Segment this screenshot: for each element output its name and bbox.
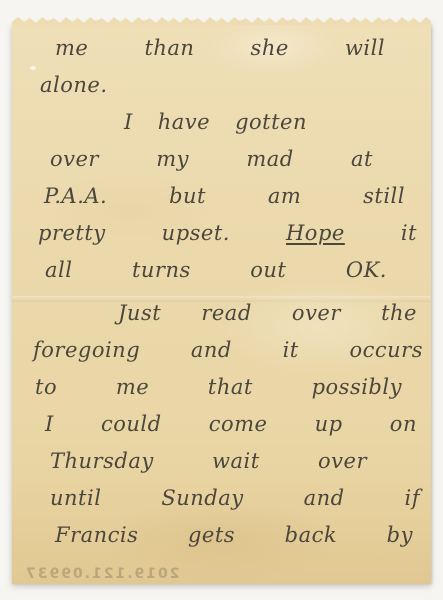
word: the xyxy=(381,295,417,332)
word: until xyxy=(50,480,101,517)
handwriting-line: Just read over the xyxy=(12,295,431,332)
word: over xyxy=(318,443,367,480)
word: over xyxy=(292,295,341,332)
handwriting-line: foregoing and it occurs xyxy=(12,332,431,369)
handwriting-line: Francis gets back by xyxy=(12,517,431,554)
word: if xyxy=(405,480,421,517)
word: pretty xyxy=(38,215,106,252)
word: am xyxy=(268,178,301,215)
word: but xyxy=(169,178,206,215)
word: on xyxy=(390,406,417,443)
word: she xyxy=(251,30,289,67)
handwriting-line: alone. xyxy=(12,67,431,104)
word: and xyxy=(191,332,232,369)
word: upset. xyxy=(162,215,230,252)
letter-body: me than she will alone. I have gotten ov… xyxy=(12,24,431,554)
handwriting-line: over my mad at xyxy=(12,141,431,178)
word: OK. xyxy=(346,252,387,289)
letter-paper: me than she will alone. I have gotten ov… xyxy=(12,24,431,584)
word: than xyxy=(144,30,194,67)
handwriting-line: pretty upset. Hope it xyxy=(12,215,431,252)
word: alone. xyxy=(40,67,108,104)
word: it xyxy=(401,215,417,252)
word: Thursday xyxy=(50,443,154,480)
word: up xyxy=(315,406,343,443)
accession-inscription: 2019.121.09937 xyxy=(24,566,180,582)
word: I xyxy=(124,104,133,141)
word-underlined: Hope xyxy=(286,215,345,252)
word: back xyxy=(285,517,337,554)
word: it xyxy=(283,332,299,369)
word: Francis xyxy=(55,517,138,554)
word: me xyxy=(55,30,88,67)
word: read xyxy=(201,295,251,332)
word: Just xyxy=(118,295,161,332)
word: me xyxy=(116,369,149,406)
handwriting-line: until Sunday and if xyxy=(12,480,431,517)
word: gets xyxy=(188,517,235,554)
word: will xyxy=(345,30,385,67)
handwriting-line: Thursday wait over xyxy=(12,443,431,480)
handwriting-line: to me that possibly xyxy=(12,369,431,406)
handwriting-line: P.A.A. but am still xyxy=(12,178,431,215)
word: turns xyxy=(132,252,191,289)
word: possibly xyxy=(312,369,402,406)
word: Sunday xyxy=(161,480,243,517)
word: wait xyxy=(212,443,260,480)
word: out xyxy=(250,252,286,289)
word: could xyxy=(101,406,162,443)
word: my xyxy=(156,141,189,178)
handwriting-line: I have gotten xyxy=(12,104,431,141)
word: to xyxy=(35,369,57,406)
scanned-letter: me than she will alone. I have gotten ov… xyxy=(0,0,443,600)
word: still xyxy=(363,178,405,215)
word: and xyxy=(304,480,345,517)
word: all xyxy=(45,252,72,289)
word: that xyxy=(208,369,253,406)
word: come xyxy=(209,406,268,443)
word: occurs xyxy=(349,332,423,369)
word: gotten xyxy=(235,104,307,141)
word: mad xyxy=(246,141,293,178)
word: over xyxy=(50,141,99,178)
word: P.A.A. xyxy=(44,178,107,215)
word: by xyxy=(387,517,413,554)
handwriting-line: all turns out OK. xyxy=(12,252,431,289)
word: I xyxy=(45,406,54,443)
handwriting-line: I could come up on xyxy=(12,406,431,443)
word: at xyxy=(351,141,373,178)
word: foregoing xyxy=(33,332,140,369)
handwriting-line: me than she will xyxy=(12,30,431,67)
word: have xyxy=(158,104,210,141)
